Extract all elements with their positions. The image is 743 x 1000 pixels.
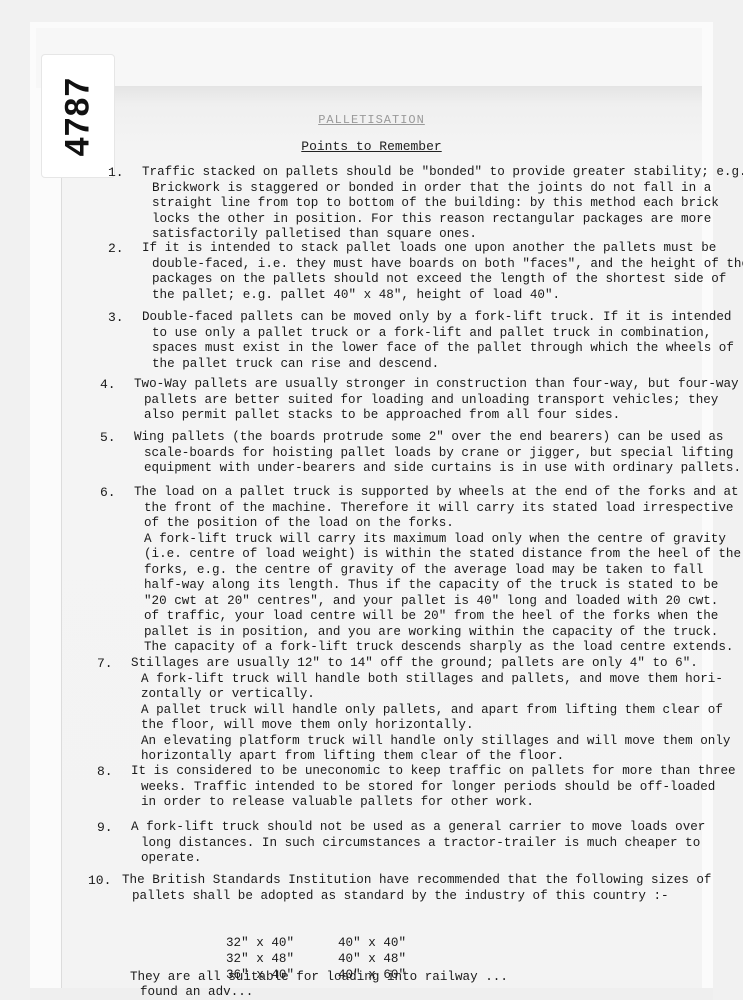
text-line: in order to release valuable pallets for… [131,795,691,811]
text-line: to use only a pallet truck or a fork-lif… [142,326,702,342]
text-line: equipment with under-bearers and side cu… [134,461,694,477]
point-number: 5. [100,430,116,446]
text-line: also permit pallet stacks to be approach… [134,408,694,424]
point-text: It is considered to be uneconomic to kee… [131,764,691,811]
sheet-top-margin [36,28,702,88]
text-line: A pallet truck will handle only pallets,… [131,703,691,719]
point-number: 10. [88,873,111,889]
point-text: The load on a pallet truck is supported … [134,485,694,656]
text-line: (i.e. centre of load weight) is within t… [134,547,694,563]
text-line: operate. [131,851,691,867]
pallet-size: 32" x 40" [226,935,338,951]
text-line: packages on the pallets should not excee… [142,272,702,288]
text-line: A fork-lift truck should not be used as … [131,820,691,836]
point-text: Double-faced pallets can be moved only b… [142,310,702,372]
pallet-size: 32" x 48" [226,951,338,967]
text-line: Double-faced pallets can be moved only b… [142,310,702,326]
text-line: straight line from top to bottom of the … [142,196,702,212]
point-text: Two-Way pallets are usually stronger in … [134,377,694,424]
point-number: 7. [97,656,113,672]
text-line: Wing pallets (the boards protrude some 2… [134,430,694,446]
point-text: Stillages are usually 12" to 14" off the… [131,656,691,765]
point-number: 4. [100,377,116,393]
text-line: Two-Way pallets are usually stronger in … [134,377,694,393]
text-line: horizontally apart from lifting them cle… [131,749,691,765]
pallet-size: 40" x 40" [338,935,458,951]
text-line: A fork-lift truck will handle both still… [131,672,691,688]
text-line: An elevating platform truck will handle … [131,734,691,750]
point-number: 2. [108,241,124,257]
text-line: pallet is in position, and you are worki… [134,625,694,641]
text-line: the pallet; e.g. pallet 40" x 48", heigh… [142,288,702,304]
text-line: the pallet truck can rise and descend. [142,357,702,373]
closing-line: They are all suitable for loading into r… [130,970,508,985]
text-line: The British Standards Institution have r… [122,873,682,889]
text-line: of traffic, your load centre will be 20"… [134,609,694,625]
text-line: forks, e.g. the centre of gravity of the… [134,563,694,579]
text-line: Brickwork is staggered or bonded in orde… [142,181,702,197]
text-line: of the position of the load on the forks… [134,516,694,532]
text-line: Stillages are usually 12" to 14" off the… [131,656,691,672]
text-line: Traffic stacked on pallets should be "bo… [142,165,702,181]
text-line: double-faced, i.e. they must have boards… [142,257,702,273]
point-number: 6. [100,485,116,501]
text-line: the floor, will move them only horizonta… [131,718,691,734]
point-text: If it is intended to stack pallet loads … [142,241,702,303]
point-number: 9. [97,820,113,836]
document-heading: PALLETISATION [0,113,743,127]
point-number: 1. [108,165,124,181]
closing-paragraph: They are all suitable for loading into r… [130,970,508,1000]
point-number: 3. [108,310,124,326]
text-line: weeks. Traffic intended to be stored for… [131,780,691,796]
text-line: locks the other in position. For this re… [142,212,702,228]
point-text: Wing pallets (the boards protrude some 2… [134,430,694,477]
text-line: half-way along its length. Thus if the c… [134,578,694,594]
point-text: Traffic stacked on pallets should be "bo… [142,165,702,243]
point-number: 8. [97,764,113,780]
text-line: scale-boards for hoisting pallet loads b… [134,446,694,462]
point-text: A fork-lift truck should not be used as … [131,820,691,867]
text-line: pallets are better suited for loading an… [134,393,694,409]
pallet-size: 40" x 48" [338,951,458,967]
text-line: the front of the machine. Therefore it w… [134,501,694,517]
document-subheading: Points to Remember [0,139,743,154]
text-line: The load on a pallet truck is supported … [134,485,694,501]
text-line: zontally or vertically. [131,687,691,703]
closing-line: found an adv... [130,985,508,1000]
text-line: spaces must exist in the lower face of t… [142,341,702,357]
text-line: pallets shall be adopted as standard by … [122,889,682,905]
text-line: "20 cwt at 20" centres", and your pallet… [134,594,694,610]
text-line: It is considered to be uneconomic to kee… [131,764,691,780]
text-line: long distances. In such circumstances a … [131,836,691,852]
text-line: A fork-lift truck will carry its maximum… [134,532,694,548]
point-text: The British Standards Institution have r… [122,873,682,904]
text-line: The capacity of a fork-lift truck descen… [134,640,694,656]
text-line: If it is intended to stack pallet loads … [142,241,702,257]
